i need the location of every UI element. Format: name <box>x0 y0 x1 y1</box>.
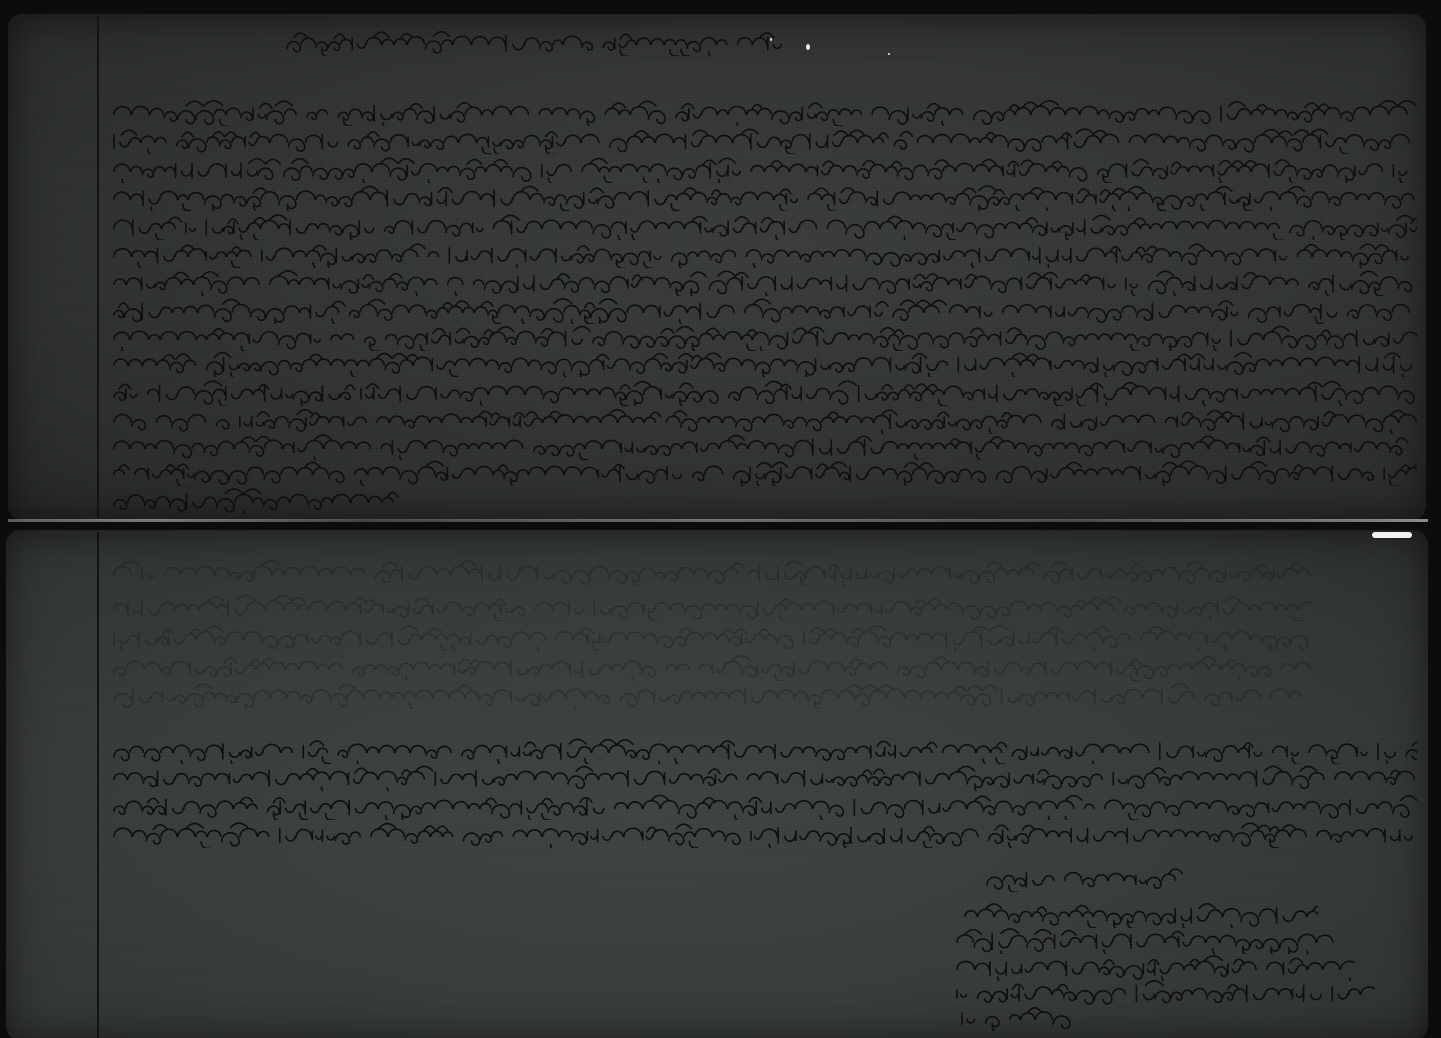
script-strokes <box>112 738 1417 764</box>
erased-line: Erased line 1 <box>112 560 1312 586</box>
signature-line: Signature line 5 (Myanmar script) <box>955 980 1375 1006</box>
script-strokes <box>112 128 1417 154</box>
script-strokes <box>285 30 790 56</box>
script-strokes <box>963 902 1318 928</box>
upper-margin-rule <box>97 16 99 518</box>
manuscript-line: Line 5 (Myanmar script) <box>112 214 1417 240</box>
manuscript-line: Line 3 (Myanmar script) <box>112 157 1417 183</box>
script-strokes <box>112 242 1417 268</box>
script-strokes <box>112 822 1417 848</box>
script-strokes <box>112 794 1417 820</box>
signature-line: Signature line 6 (Myanmar script) <box>960 1005 1080 1031</box>
manuscript-line: Line 13 (Myanmar script) <box>112 434 1417 460</box>
manuscript-line: Line 4 (Myanmar script) <box>112 185 1417 211</box>
seam-glint <box>1372 532 1412 538</box>
script-strokes <box>112 100 1417 126</box>
damage-speck <box>806 44 810 50</box>
script-strokes <box>112 560 1312 586</box>
manuscript-line: Line 12 (Myanmar script) <box>112 408 1417 434</box>
damage-speck <box>888 53 890 55</box>
script-strokes <box>112 460 1417 486</box>
script-strokes <box>112 325 1417 351</box>
manuscript-line: Line 14 (Myanmar script) <box>112 460 1417 486</box>
script-strokes <box>985 866 1185 892</box>
script-strokes <box>112 488 402 514</box>
script-strokes <box>112 655 1312 681</box>
script-strokes <box>112 380 1417 406</box>
lower-margin-rule <box>97 532 99 1038</box>
script-strokes <box>112 157 1417 183</box>
script-strokes <box>112 765 1417 791</box>
document-title: Title line (Myanmar script) <box>285 30 790 56</box>
manuscript-line: Line 1 (Myanmar script) <box>112 100 1417 126</box>
manuscript-line: Line 10 (Myanmar script) <box>112 351 1417 377</box>
script-strokes <box>112 351 1417 377</box>
manuscript-line: Line 18 (Myanmar script) <box>112 794 1417 820</box>
manuscript-line: Line 6 (Myanmar script) <box>112 242 1417 268</box>
script-strokes <box>955 928 1335 954</box>
script-strokes <box>112 270 1417 296</box>
signature-line: Signature line 4 (Myanmar script) <box>955 955 1355 981</box>
erased-line: Erased line 2 <box>112 595 1312 621</box>
signature-line: Signature line 3 (Myanmar script) <box>955 928 1335 954</box>
manuscript-line: Line 2 (Myanmar script) <box>112 128 1417 154</box>
manuscript-line: Line 7 (Myanmar script) <box>112 270 1417 296</box>
board-seam <box>8 519 1428 522</box>
manuscript-line: Line 8 (Myanmar script) <box>112 298 1417 324</box>
script-strokes <box>112 185 1417 211</box>
script-strokes <box>112 683 1312 709</box>
manuscript-line: Line 11 (Myanmar script) <box>112 380 1417 406</box>
script-strokes <box>112 298 1417 324</box>
erased-line: Erased line 3 <box>112 625 1312 651</box>
signature-line: Signature line 1 (Myanmar script) <box>985 866 1185 892</box>
script-strokes <box>955 980 1375 1006</box>
manuscript-line: Line 19 (Myanmar script) <box>112 822 1417 848</box>
script-strokes <box>112 434 1417 460</box>
script-strokes <box>960 1005 1080 1031</box>
script-strokes <box>112 214 1417 240</box>
manuscript-line: Line 9 (Myanmar script) <box>112 325 1417 351</box>
signature-line: Signature line 2 (Myanmar script) <box>963 902 1318 928</box>
script-strokes <box>112 625 1312 651</box>
manuscript-line: Line 15 (Myanmar script) <box>112 488 402 514</box>
manuscript-line: Line 16 (Myanmar script) <box>112 738 1417 764</box>
script-strokes <box>112 408 1417 434</box>
script-strokes <box>112 595 1312 621</box>
manuscript-line: Line 17 (Myanmar script) <box>112 765 1417 791</box>
script-strokes <box>955 955 1355 981</box>
erased-line: Erased line 4 <box>112 655 1312 681</box>
erased-line: Erased line 5 <box>112 683 1312 709</box>
